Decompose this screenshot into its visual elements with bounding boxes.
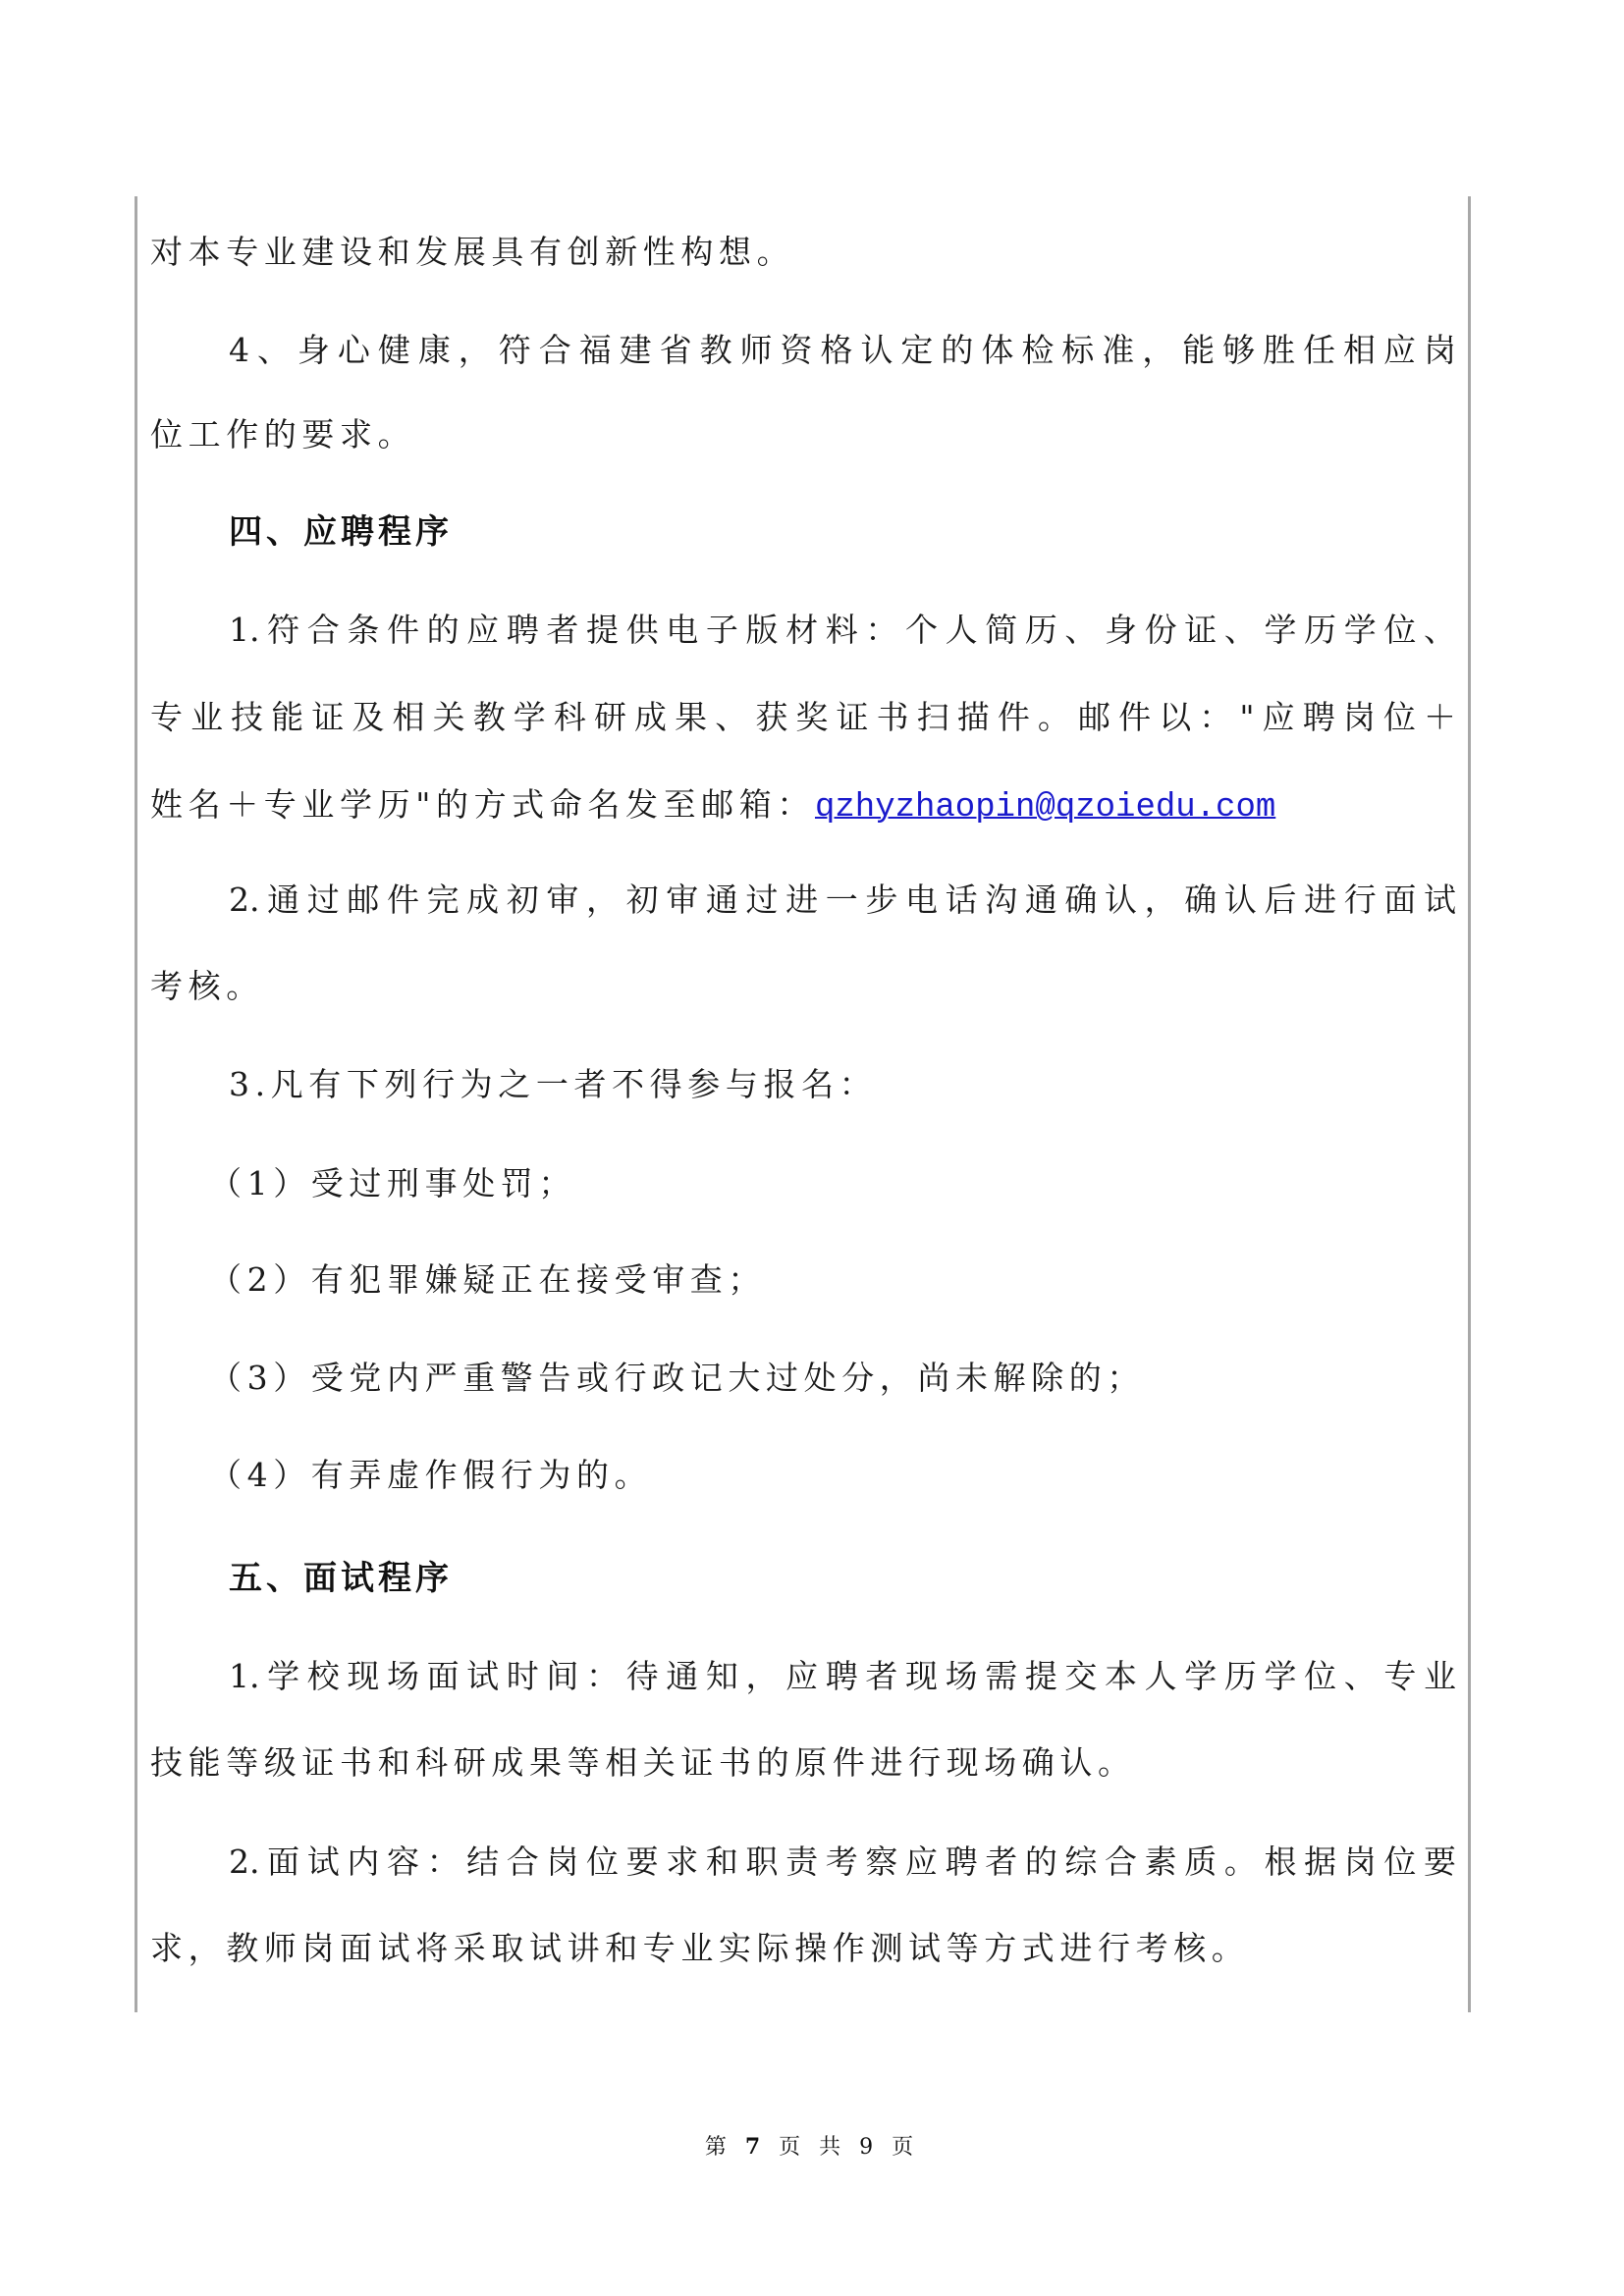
list-item: （4）有弄虚作假行为的。: [209, 1456, 1515, 1495]
paragraph-line: 1.学校现场面试时间：待通知，应聘者现场需提交本人学历学位、专业: [150, 1657, 1456, 1696]
paragraph-line: 对本专业建设和发展具有创新性构想。: [150, 233, 1456, 272]
paragraph-line: 4、身心健康，符合福建省教师资格认定的体检标准，能够胜任相应岗: [150, 331, 1456, 370]
paragraph-line: 3.凡有下列行为之一者不得参与报名：: [150, 1065, 1456, 1104]
paragraph-line: 2.通过邮件完成初审，初审通过进一步电话沟通确认，确认后进行面试: [150, 881, 1456, 920]
paragraph-line: 技能等级证书和科研成果等相关证书的原件进行现场确认。: [150, 1743, 1456, 1783]
paragraph-line: 2.面试内容：结合岗位要求和职责考察应聘者的综合素质。根据岗位要: [150, 1842, 1456, 1882]
paragraph-line-email: 姓名＋专业学历"的方式命名发至邮箱：qzhyzhaopin@qzoiedu.co…: [150, 785, 1456, 825]
email-label: 姓名＋专业学历"的方式命名发至邮箱：: [150, 785, 815, 824]
section-heading-application-procedure: 四、应聘程序: [150, 512, 1456, 552]
current-page-number: 7: [745, 2134, 766, 2160]
paragraph-line: 专业技能证及相关教学科研成果、获奖证书扫描件。邮件以："应聘岗位＋: [150, 698, 1456, 737]
footer-suffix: 页: [892, 2135, 919, 2160]
page-footer: 第 7 页 共 9 页: [0, 2130, 1624, 2161]
document-page: 对本专业建设和发展具有创新性构想。 4、身心健康，符合福建省教师资格认定的体检标…: [0, 0, 1624, 2296]
total-pages-number: 9: [859, 2135, 879, 2160]
footer-middle: 页 共: [779, 2135, 846, 2160]
paragraph-line: 位工作的要求。: [150, 415, 1456, 454]
paragraph-line: 求，教师岗面试将采取试讲和专业实际操作测试等方式进行考核。: [150, 1929, 1456, 1968]
paragraph-line: 考核。: [150, 967, 1456, 1006]
section-heading-interview-procedure: 五、面试程序: [150, 1559, 1456, 1598]
footer-prefix: 第: [705, 2135, 732, 2160]
table-border-right: [1468, 196, 1471, 2012]
list-item: （1）受过刑事处罚；: [209, 1164, 1515, 1203]
list-item: （2）有犯罪嫌疑正在接受审查；: [209, 1260, 1515, 1300]
list-item: （3）受党内严重警告或行政记大过处分，尚未解除的；: [209, 1359, 1515, 1398]
paragraph-line: 1.符合条件的应聘者提供电子版材料：个人简历、身份证、学历学位、: [150, 611, 1456, 650]
table-border-left: [135, 196, 137, 2012]
email-link[interactable]: qzhyzhaopin@qzoiedu.com: [815, 789, 1275, 827]
